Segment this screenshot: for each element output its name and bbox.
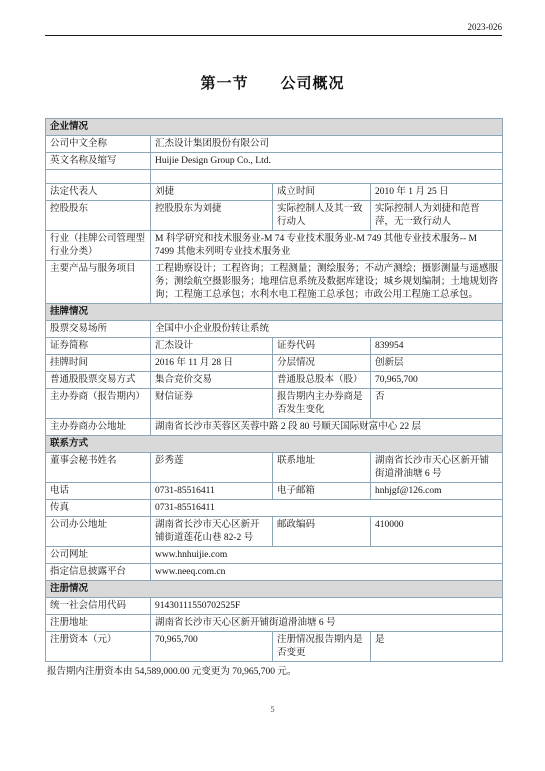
field-value: 839954 xyxy=(371,338,503,355)
field-value: 70,965,700 xyxy=(371,372,503,389)
field-label: 邮政编码 xyxy=(273,517,371,547)
table-row: 主办券商（报告期内）财信证券报告期内主办券商是否发生变化否 xyxy=(46,389,503,419)
table-row: 英文名称及缩写Huijie Design Group Co., Ltd. xyxy=(46,153,503,170)
table-row: 统一社会信用代码91430111550702525F xyxy=(46,598,503,615)
field-value: 实际控制人为刘捷和范晋萍，无一致行动人 xyxy=(371,201,503,231)
field-value: Huijie Design Group Co., Ltd. xyxy=(151,153,503,170)
company-profile-table-body: 企业情况公司中文全称汇杰设计集团股份有限公司英文名称及缩写Huijie Desi… xyxy=(46,119,503,662)
table-row: 公司中文全称汇杰设计集团股份有限公司 xyxy=(46,136,503,153)
field-label: 董事会秘书姓名 xyxy=(46,453,151,483)
table-row: 注册资本（元）70,965,700注册情况报告期内是否变更是 xyxy=(46,632,503,662)
section-header-row: 联系方式 xyxy=(46,436,503,453)
field-value: M 科学研究和技术服务业-M 74 专业技术服务业-M 749 其他专业技术服务… xyxy=(151,231,503,261)
doc-number-header: 2023-026 xyxy=(45,21,502,36)
table-row: 注册地址湖南省长沙市天心区新开铺街道滑油塘 6 号 xyxy=(46,615,503,632)
field-label: 公司中文全称 xyxy=(46,136,151,153)
field-label: 证券代码 xyxy=(273,338,371,355)
field-label: 普通股股票交易方式 xyxy=(46,372,151,389)
field-value: 汇杰设计 xyxy=(151,338,273,355)
field-label: 统一社会信用代码 xyxy=(46,598,151,615)
field-value: www.hnhuijie.com xyxy=(151,547,503,564)
company-profile-table: 企业情况公司中文全称汇杰设计集团股份有限公司英文名称及缩写Huijie Desi… xyxy=(45,118,503,662)
table-row: 普通股股票交易方式集合竞价交易普通股总股本（股）70,965,700 xyxy=(46,372,503,389)
table-row: 法定代表人刘捷成立时间2010 年 1 月 25 日 xyxy=(46,184,503,201)
field-label: 注册资本（元） xyxy=(46,632,151,662)
capital-change-footnote: 报告期内注册资本由 54,589,000.00 元变更为 70,965,700 … xyxy=(45,666,502,679)
table-row: 公司网址www.hnhuijie.com xyxy=(46,547,503,564)
field-label: 股票交易场所 xyxy=(46,321,151,338)
table-row: 挂牌时间2016 年 11 月 28 日分层情况创新层 xyxy=(46,355,503,372)
table-row: 证券简称汇杰设计证券代码839954 xyxy=(46,338,503,355)
section-header-row: 挂牌情况 xyxy=(46,304,503,321)
field-value: 创新层 xyxy=(371,355,503,372)
document-page: 2023-026 第一节 公司概况 企业情况公司中文全称汇杰设计集团股份有限公司… xyxy=(0,0,545,771)
field-label: 注册地址 xyxy=(46,615,151,632)
field-value: 集合竞价交易 xyxy=(151,372,273,389)
table-row: 电话0731-85516411电子邮箱hnhjgf@126.com xyxy=(46,483,503,500)
field-label: 报告期内主办券商是否发生变化 xyxy=(273,389,371,419)
field-label: 主办券商（报告期内） xyxy=(46,389,151,419)
table-row: 控股股东控股股东为刘捷实际控制人及其一致行动人实际控制人为刘捷和范晋萍，无一致行… xyxy=(46,201,503,231)
field-label: 主办券商办公地址 xyxy=(46,419,151,436)
field-value: 2016 年 11 月 28 日 xyxy=(151,355,273,372)
section-header-row: 企业情况 xyxy=(46,119,503,136)
section-header: 企业情况 xyxy=(46,119,503,136)
table-row: 行业（挂牌公司管理型行业分类）M 科学研究和技术服务业-M 74 专业技术服务业… xyxy=(46,231,503,261)
field-label: 成立时间 xyxy=(273,184,371,201)
field-value: 财信证券 xyxy=(151,389,273,419)
field-label: 证券简称 xyxy=(46,338,151,355)
field-value xyxy=(151,170,503,184)
table-row: 主办券商办公地址湖南省长沙市芙蓉区芙蓉中路 2 段 80 号顺天国际财富中心 2… xyxy=(46,419,503,436)
field-label: 挂牌时间 xyxy=(46,355,151,372)
field-label: 电子邮箱 xyxy=(273,483,371,500)
field-label: 指定信息披露平台 xyxy=(46,564,151,581)
table-row: 指定信息披露平台www.neeq.com.cn xyxy=(46,564,503,581)
page-number: 5 xyxy=(0,704,545,714)
doc-number: 2023-026 xyxy=(468,22,503,32)
table-row: 公司办公地址湖南省长沙市天心区新开铺街道莲花山巷 82-2 号邮政编码41000… xyxy=(46,517,503,547)
section-header: 联系方式 xyxy=(46,436,503,453)
field-label: 主要产品与服务项目 xyxy=(46,261,151,304)
field-label: 传真 xyxy=(46,500,151,517)
field-value: 0731-85516411 xyxy=(151,500,503,517)
field-value: 汇杰设计集团股份有限公司 xyxy=(151,136,503,153)
section-header: 注册情况 xyxy=(46,581,503,598)
field-value: 湖南省长沙市天心区新开铺街道滑油塘 6 号 xyxy=(371,453,503,483)
field-label: 控股股东 xyxy=(46,201,151,231)
field-value: 彭秀莲 xyxy=(151,453,273,483)
page-title: 第一节 公司概况 xyxy=(0,72,545,93)
table-row: 股票交易场所全国中小企业股份转让系统 xyxy=(46,321,503,338)
field-value: 410000 xyxy=(371,517,503,547)
field-value: 2010 年 1 月 25 日 xyxy=(371,184,503,201)
field-value: hnhjgf@126.com xyxy=(371,483,503,500)
field-value: 湖南省长沙市芙蓉区芙蓉中路 2 段 80 号顺天国际财富中心 22 层 xyxy=(151,419,503,436)
section-header-row: 注册情况 xyxy=(46,581,503,598)
section-header: 挂牌情况 xyxy=(46,304,503,321)
field-value: 湖南省长沙市天心区新开铺街道莲花山巷 82-2 号 xyxy=(151,517,273,547)
field-label: 公司网址 xyxy=(46,547,151,564)
field-value: 0731-85516411 xyxy=(151,483,273,500)
field-value: 工程勘察设计；工程咨询；工程测量；测绘服务；不动产测绘；摄影测量与遥感服务；测绘… xyxy=(151,261,503,304)
field-label: 普通股总股本（股） xyxy=(273,372,371,389)
table-row: 传真0731-85516411 xyxy=(46,500,503,517)
field-label: 电话 xyxy=(46,483,151,500)
field-value: 70,965,700 xyxy=(151,632,273,662)
field-value: 91430111550702525F xyxy=(151,598,503,615)
field-value: 刘捷 xyxy=(151,184,273,201)
field-label: 实际控制人及其一致行动人 xyxy=(273,201,371,231)
field-label: 分层情况 xyxy=(273,355,371,372)
field-label: 英文名称及缩写 xyxy=(46,153,151,170)
field-value: 是 xyxy=(371,632,503,662)
field-label: 行业（挂牌公司管理型行业分类） xyxy=(46,231,151,261)
table-row xyxy=(46,170,503,184)
field-label: 法定代表人 xyxy=(46,184,151,201)
field-value: 全国中小企业股份转让系统 xyxy=(151,321,503,338)
field-label: 公司办公地址 xyxy=(46,517,151,547)
table-row: 董事会秘书姓名彭秀莲联系地址湖南省长沙市天心区新开铺街道滑油塘 6 号 xyxy=(46,453,503,483)
field-value: 否 xyxy=(371,389,503,419)
field-label: 联系地址 xyxy=(273,453,371,483)
field-value: www.neeq.com.cn xyxy=(151,564,503,581)
table-row: 主要产品与服务项目工程勘察设计；工程咨询；工程测量；测绘服务；不动产测绘；摄影测… xyxy=(46,261,503,304)
field-value: 湖南省长沙市天心区新开铺街道滑油塘 6 号 xyxy=(151,615,503,632)
field-label xyxy=(46,170,151,184)
field-label: 注册情况报告期内是否变更 xyxy=(273,632,371,662)
content-area: 企业情况公司中文全称汇杰设计集团股份有限公司英文名称及缩写Huijie Desi… xyxy=(45,118,502,679)
field-value: 控股股东为刘捷 xyxy=(151,201,273,231)
